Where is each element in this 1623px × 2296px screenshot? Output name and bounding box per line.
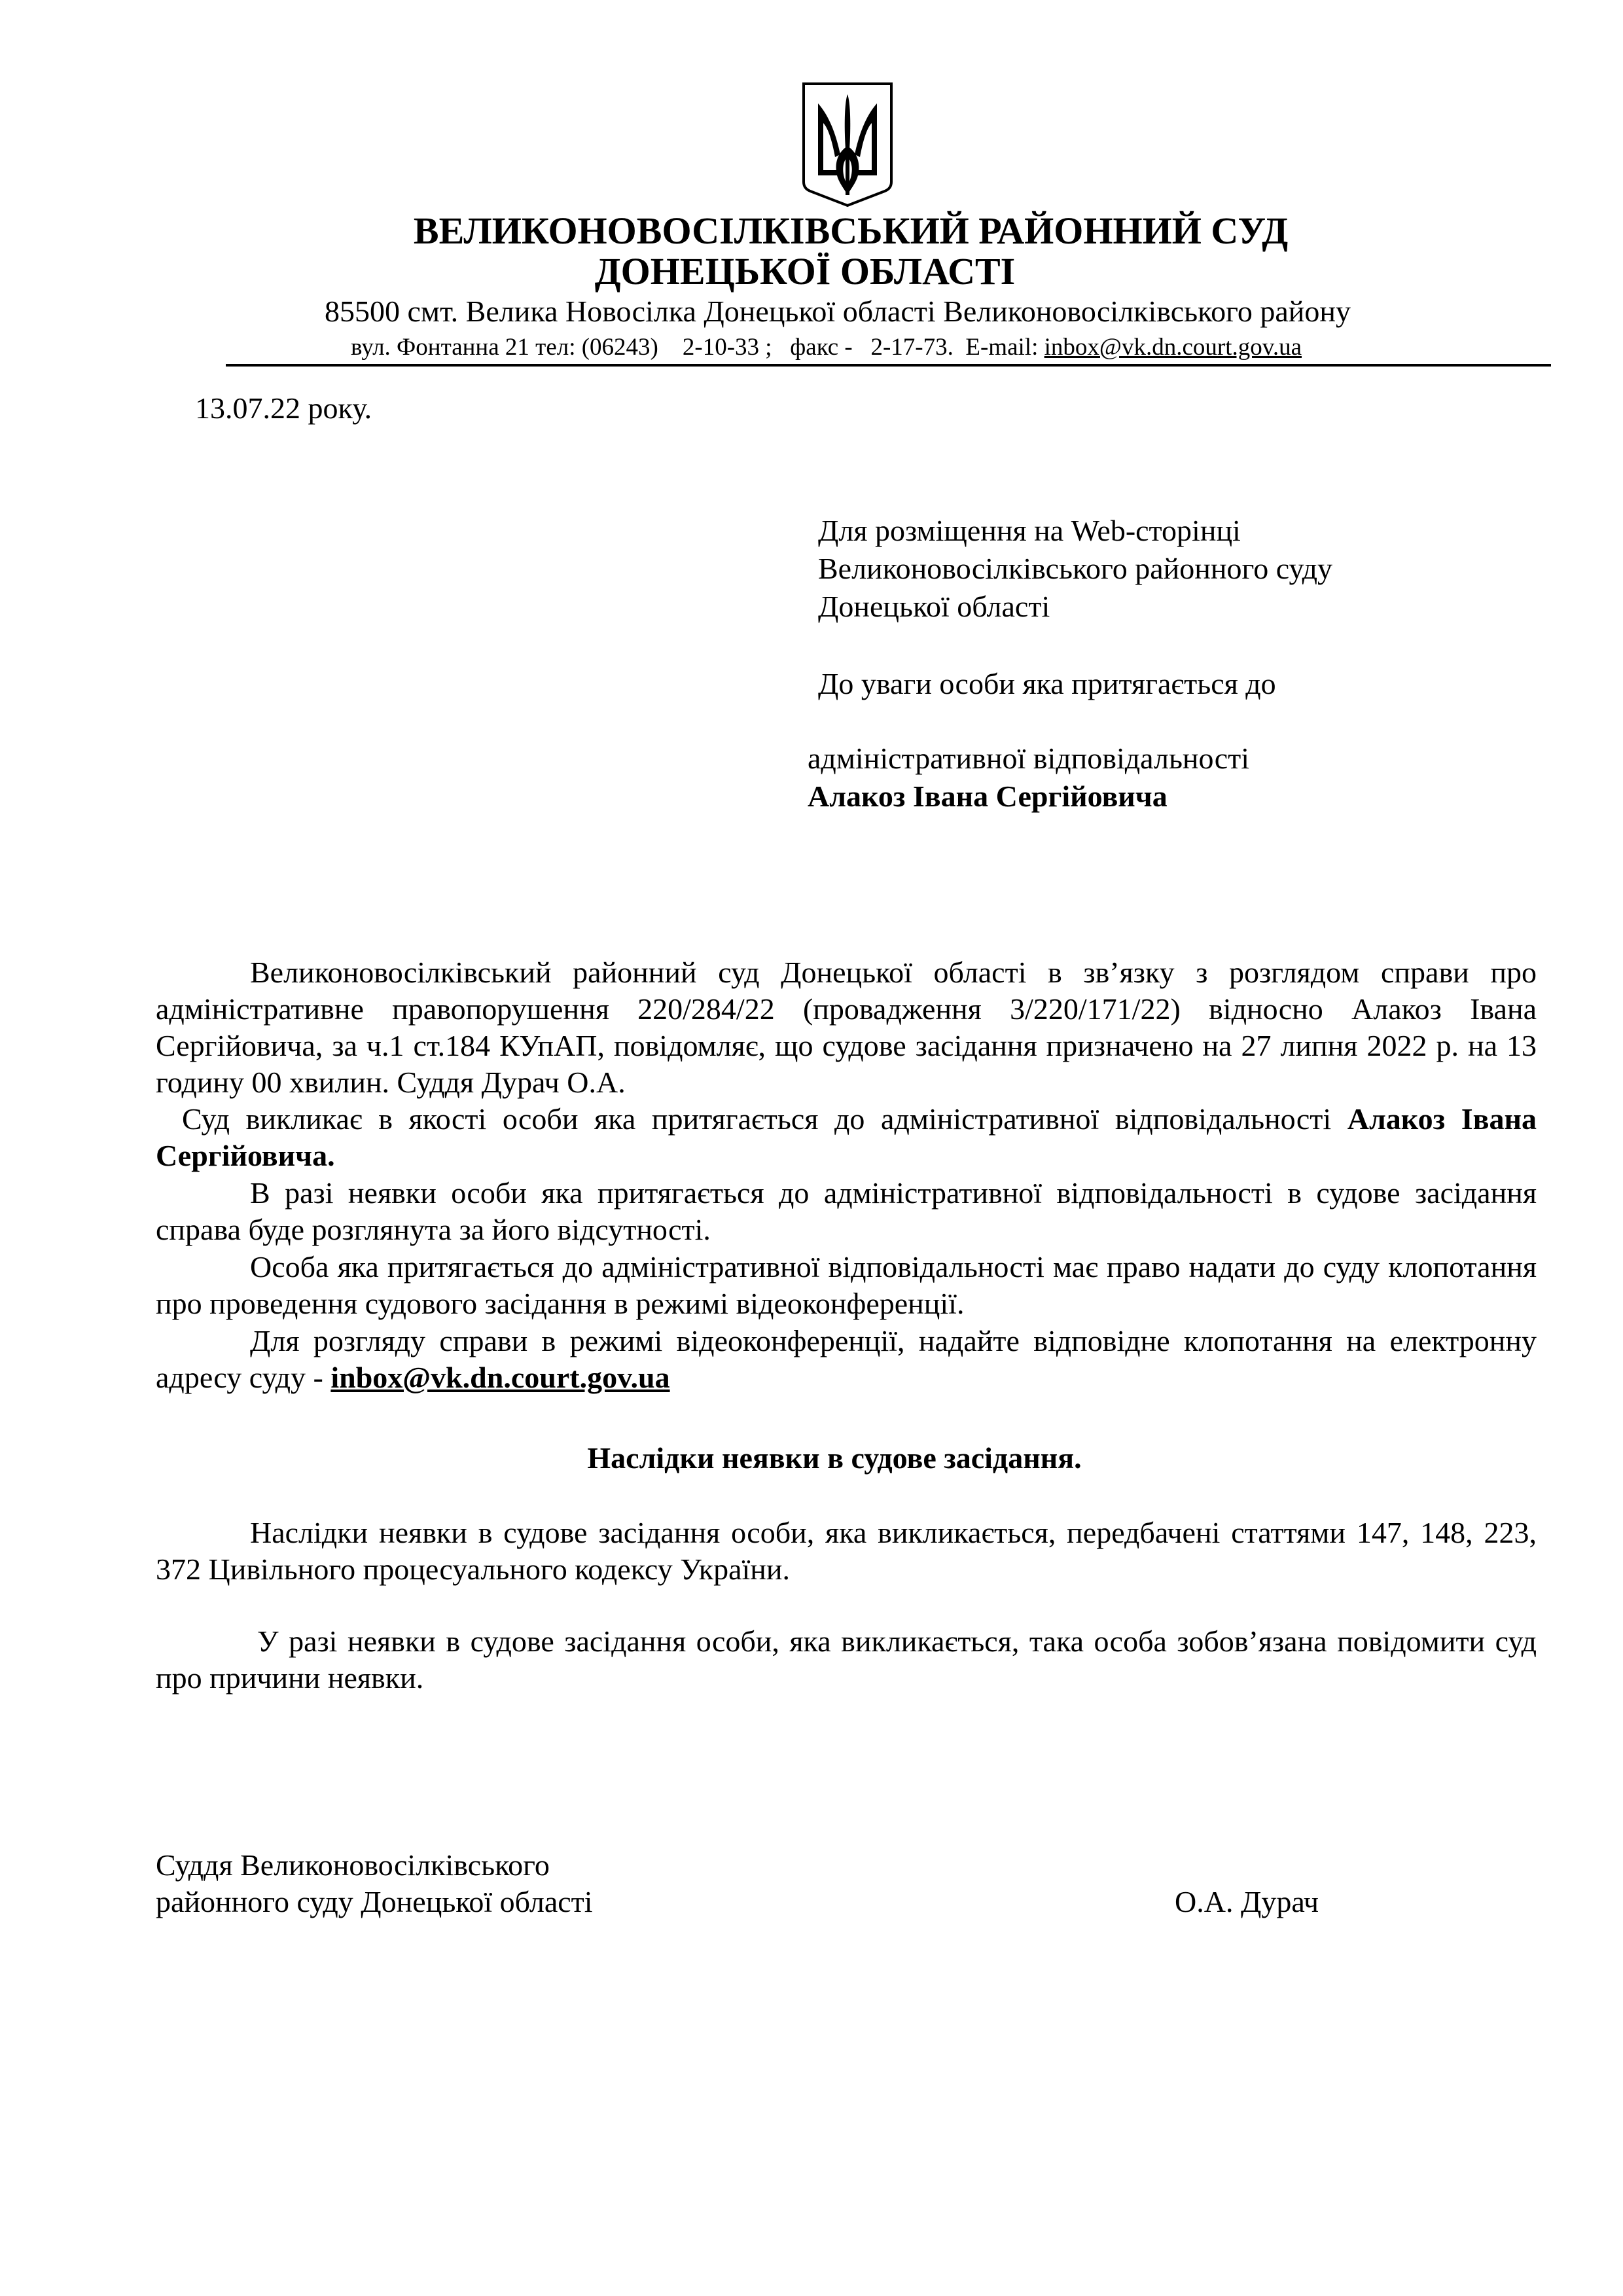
paragraph-video-right: Особа яка притягається до адміністративн… xyxy=(156,1249,1537,1322)
court-name-line1: ВЕЛИКОНОВОСІЛКІВСЬКИЙ РАЙОННИЙ СУД xyxy=(39,208,1623,254)
paragraph-absence: В разі неявки особи яка притягається до … xyxy=(156,1175,1537,1248)
court-contacts: вул. Фонтанна 21 тел: (06243) 2-10-33 ; … xyxy=(351,332,1302,363)
court-name-line2: ДОНЕЦЬКОЇ ОБЛАСТІ xyxy=(0,249,1616,295)
paragraph-video-request: Для розгляду справи в режимі відеоконфер… xyxy=(156,1323,1537,1396)
court-address: 85500 смт. Велика Новосілка Донецької об… xyxy=(325,293,1351,330)
recipient-line1: Для розміщення на Web-сторінці xyxy=(818,512,1241,550)
document-date: 13.07.22 року. xyxy=(195,390,372,427)
recipient-line5: адміністративної відповідальності xyxy=(808,740,1249,778)
consequences-heading: Наслідки неявки в судове засідання. xyxy=(0,1440,1623,1477)
paragraph-hearing-notice: Великоновосілківський районний суд Донец… xyxy=(156,954,1537,1101)
header-divider xyxy=(226,364,1551,367)
signature-title-line2: районного суду Донецької області xyxy=(156,1884,593,1920)
recipient-line3: Донецької області xyxy=(818,588,1050,626)
coat-of-arms-icon xyxy=(798,77,897,208)
recipient-name: Алакоз Івана Сергійовича xyxy=(808,778,1168,816)
recipient-line4: До уваги особи яка притягається до xyxy=(818,665,1276,703)
signature-name: О.А. Дурач xyxy=(1175,1884,1319,1920)
paragraph-consequences: Наслідки неявки в судове засідання особи… xyxy=(156,1515,1537,1588)
body-email-link[interactable]: inbox@vk.dn.court.gov.ua xyxy=(330,1361,669,1394)
contacts-text: вул. Фонтанна 21 тел: (06243) 2-10-33 ; … xyxy=(351,334,1044,361)
signature-title-line1: Суддя Великоновосілківського xyxy=(156,1847,550,1884)
paragraph-notify-obligation: У разі неявки в судове засідання особи, … xyxy=(156,1623,1537,1696)
recipient-line2: Великоновосілківського районного суду xyxy=(818,550,1332,588)
summons-text: Суд викликає в якості особи яка притягає… xyxy=(182,1102,1347,1136)
paragraph-summons: Суд викликає в якості особи яка притягає… xyxy=(156,1101,1537,1174)
header-email-link[interactable]: inbox@vk.dn.court.gov.ua xyxy=(1044,334,1302,361)
